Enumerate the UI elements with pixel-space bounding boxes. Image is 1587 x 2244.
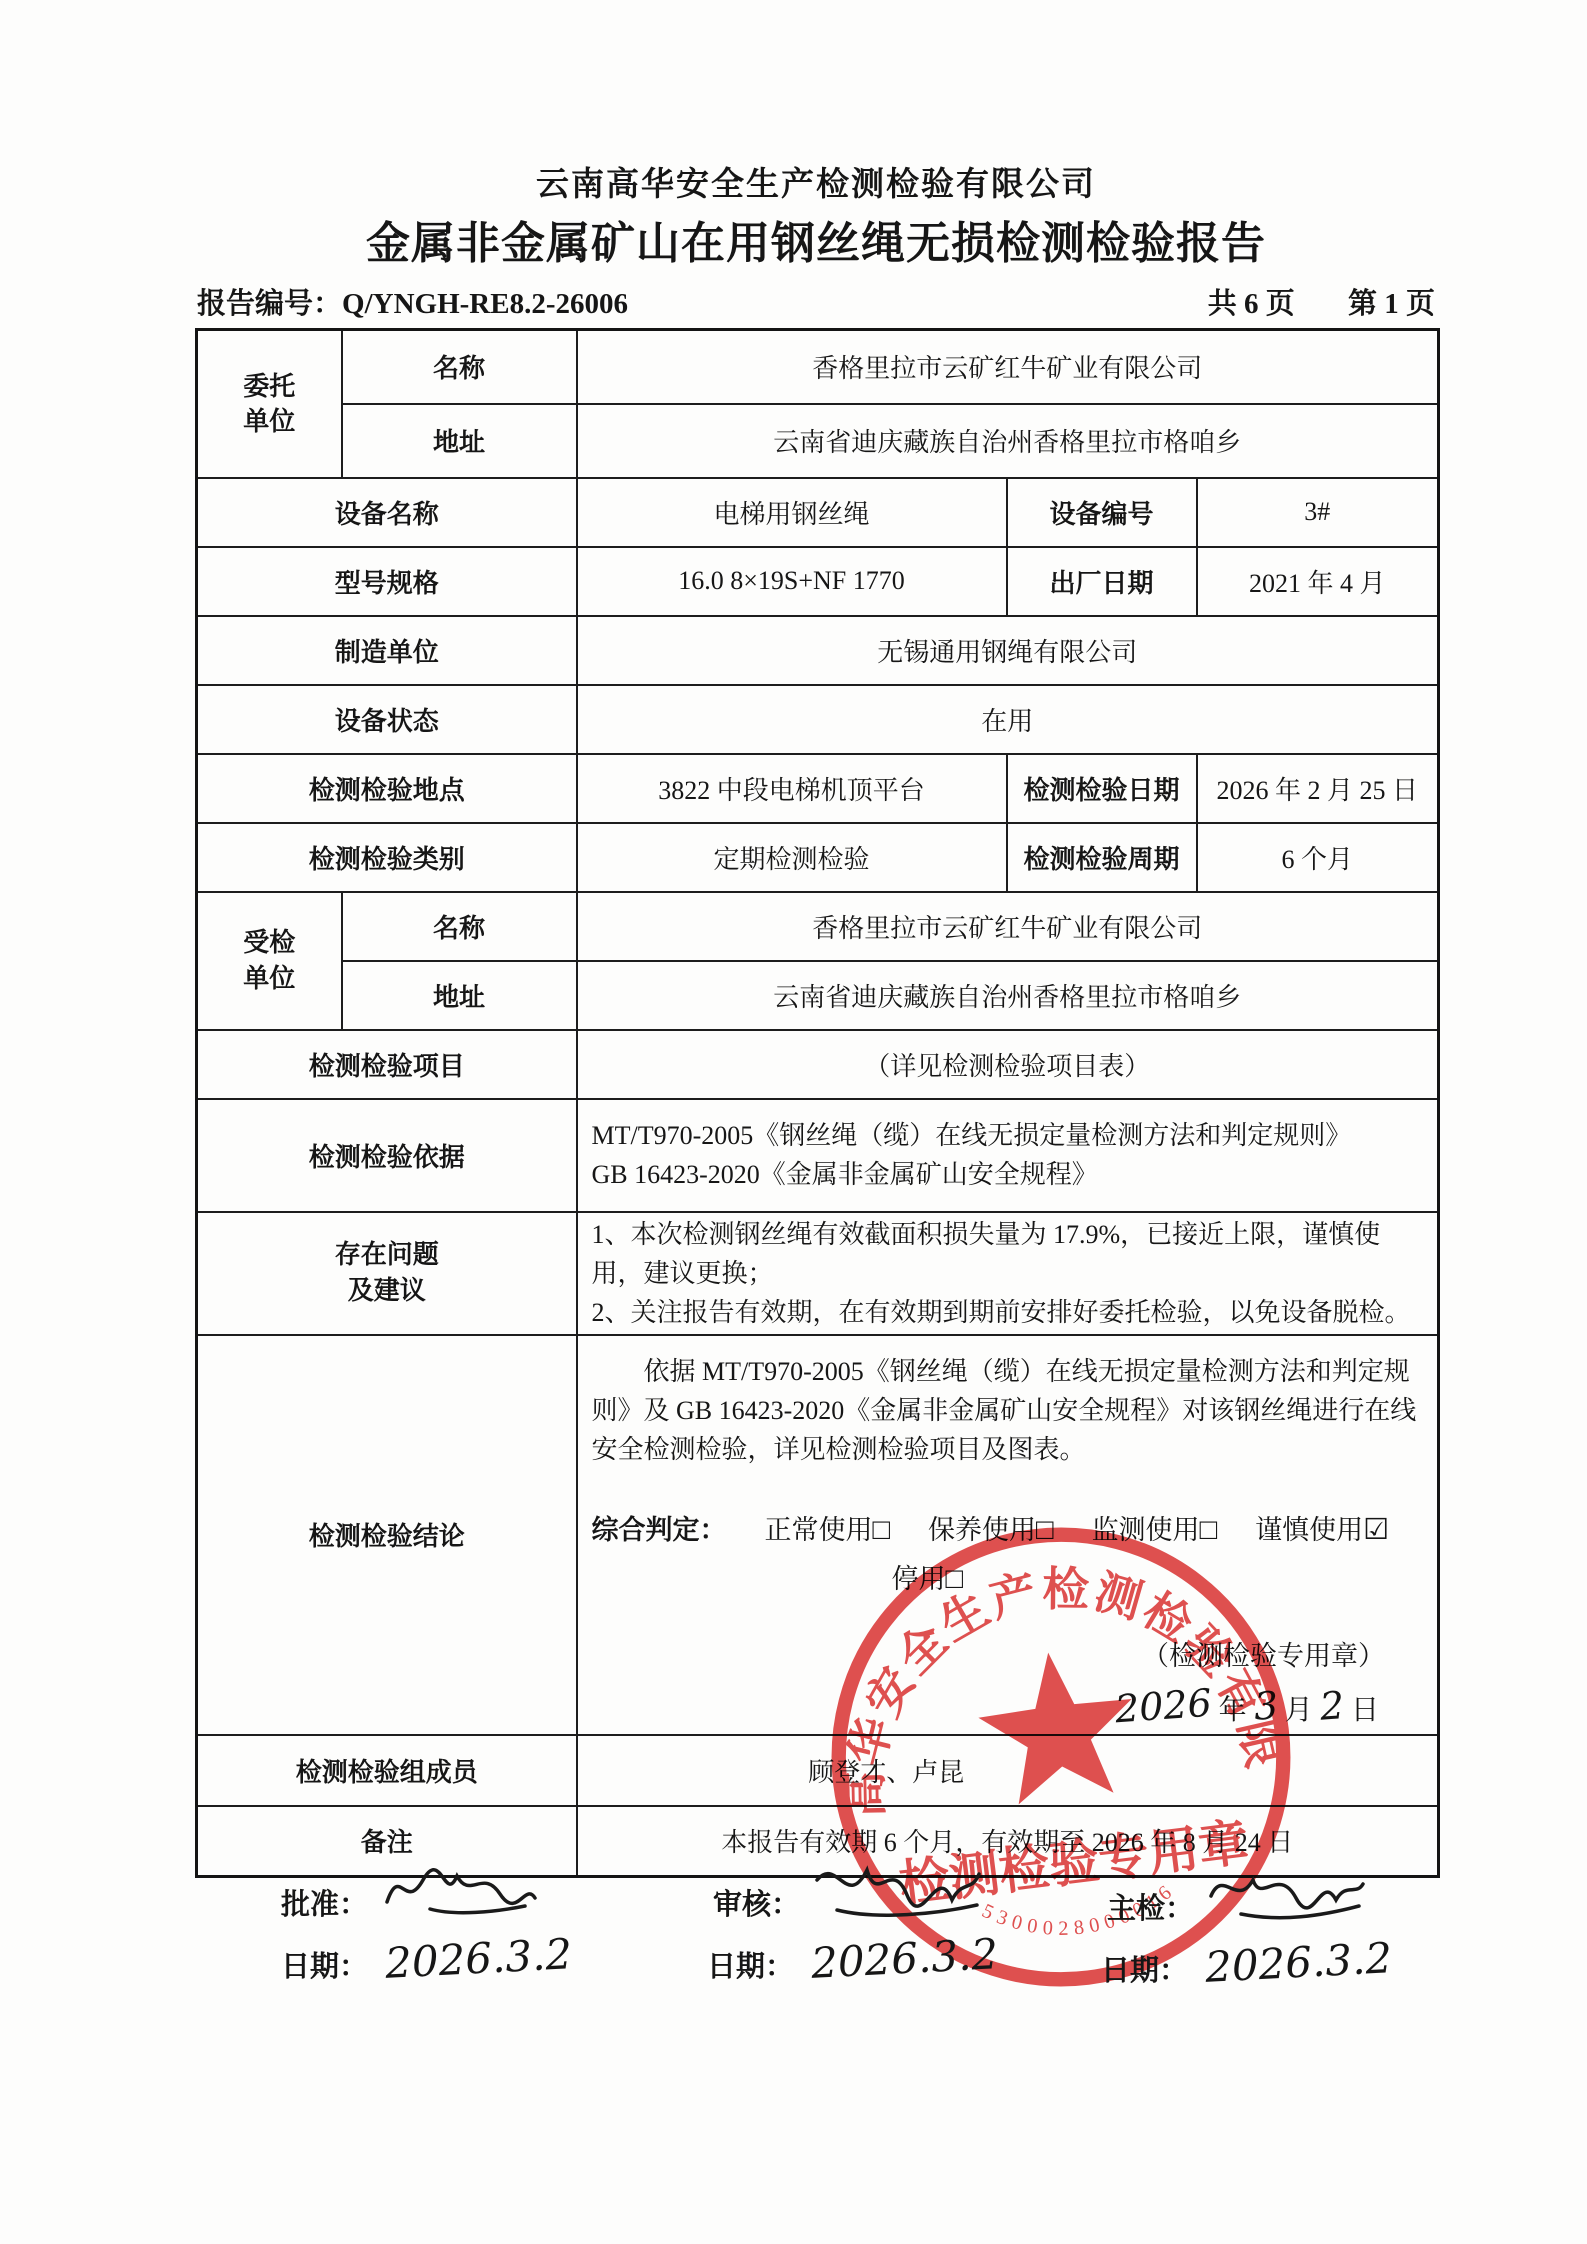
approver-signature [375,1854,545,1929]
insp-date-value: 2026 年 2 月 25 日 [1197,754,1439,823]
insp-cycle-value: 6 个月 [1197,823,1439,892]
table-row: 检测检验项目 （详见检测检验项目表） [197,1030,1439,1099]
problems-value: 1、本次检测钢丝绳有效截面积损失量为 17.9%，已接近上限，谨慎使用，建议更换… [577,1212,1439,1335]
table-row: 地址 云南省迪庆藏族自治州香格里拉市格咱乡 [197,961,1439,1030]
mfg-date-value: 2021 年 4 月 [1197,547,1439,616]
report-number-label: 报告编号： [197,288,342,320]
approve-date: 2026.3.2 [384,1929,573,1988]
pages-total: 共 6 页 [1208,288,1295,320]
table-row: 地址 云南省迪庆藏族自治州香格里拉市格咱乡 [197,404,1439,478]
insp-cycle-label: 检测检验周期 [1007,823,1197,892]
device-no-value: 3# [1197,478,1439,547]
report-page: 云南高华安全生产检测检验有限公司 金属非金属矿山在用钢丝绳无损检测检验报告 报告… [0,0,1587,2244]
device-name-label: 设备名称 [197,478,577,547]
report-number-value: Q/YNGH-RE8.2-26006 [342,288,628,320]
approve-date-label: 日期： [281,1944,368,1985]
inspected-addr-label: 地址 [342,961,577,1030]
table-row: 检测检验地点 3822 中段电梯机顶平台 检测检验日期 2026 年 2 月 2… [197,754,1439,823]
model-label: 型号规格 [197,547,577,616]
basis-line1: MT/T970-2005《钢丝绳（缆）在线无损定量检测方法和判定规则》 [592,1116,1430,1155]
judgement-label: 综合判定： [592,1515,727,1545]
handwritten-day: 2 [1320,1705,1344,1707]
table-row: 设备状态 在用 [197,685,1439,754]
table-row: 存在问题及建议 1、本次检测钢丝绳有效截面积损失量为 17.9%，已接近上限，谨… [197,1212,1439,1335]
table-row: 检测检验类别 定期检测检验 检测检验周期 6 个月 [197,823,1439,892]
report-title: 金属非金属矿山在用钢丝绳无损检测检验报告 [195,207,1437,271]
page-counter: 共 6 页 第 1 页 [1162,281,1435,322]
consignor-addr-label: 地址 [342,404,577,478]
table-row: 设备名称 电梯用钢丝绳 设备编号 3# [197,478,1439,547]
insp-type-value: 定期检测检验 [577,823,1007,892]
report-meta-line: 报告编号：Q/YNGH-RE8.2-26006 共 6 页 第 1 页 [197,281,1435,322]
seal-star-icon [972,1643,1143,1808]
chief-signature [1201,1856,1371,1931]
model-value: 16.0 8×19S+NF 1770 [577,547,1007,616]
signature-block: 批准： 日期： 2026.3.2 审核： 日期： 2026.3.2 主检： 日期… [195,1868,1437,2088]
chief-date-label: 日期： [1101,1948,1188,1989]
inspected-name-value: 香格里拉市云矿红牛矿业有限公司 [577,892,1439,961]
status-value: 在用 [577,685,1439,754]
consignor-name-label: 名称 [342,330,577,404]
table-row: 委托单位 名称 香格里拉市云矿红牛矿业有限公司 [197,330,1439,404]
maker-label: 制造单位 [197,616,577,685]
approve-label: 批准： [281,1882,368,1923]
checkbox-caution-checked: ☑ [1363,1514,1389,1546]
table-row: 制造单位 无锡通用钢绳有限公司 [197,616,1439,685]
place-label: 检测检验地点 [197,754,577,823]
inspected-group-label: 受检单位 [197,892,342,1030]
chief-label: 主检： [1107,1886,1194,1927]
place-value: 3822 中段电梯机顶平台 [577,754,1007,823]
maker-value: 无锡通用钢绳有限公司 [577,616,1439,685]
device-no-label: 设备编号 [1007,478,1197,547]
basis-label: 检测检验依据 [197,1099,577,1212]
problems-item1: 1、本次检测钢丝绳有效截面积损失量为 17.9%，已接近上限，谨慎使用，建议更换… [592,1215,1430,1293]
page-current: 第 1 页 [1348,288,1435,320]
insp-date-label: 检测检验日期 [1007,754,1197,823]
team-label: 检测检验组成员 [197,1735,577,1806]
consignor-addr-value: 云南省迪庆藏族自治州香格里拉市格咱乡 [577,404,1439,478]
table-row: 检测检验依据 MT/T970-2005《钢丝绳（缆）在线无损定量检测方法和判定规… [197,1099,1439,1212]
consignor-group-label: 委托单位 [197,330,342,478]
items-label: 检测检验项目 [197,1030,577,1099]
inspected-addr-value: 云南省迪庆藏族自治州香格里拉市格咱乡 [577,961,1439,1030]
device-name-value: 电梯用钢丝绳 [577,478,1007,547]
company-title: 云南高华安全生产检测检验有限公司 [195,158,1437,205]
report-number: 报告编号：Q/YNGH-RE8.2-26006 [197,281,628,322]
basis-line2: GB 16423-2020《金属非金属矿山安全规程》 [592,1155,1430,1194]
conclusion-paragraph: 依据 MT/T970-2005《钢丝绳（缆）在线无损定量检测方法和判定规则》及 … [592,1352,1420,1469]
chief-date: 2026.3.2 [1204,1933,1393,1992]
table-row: 受检单位 名称 香格里拉市云矿红牛矿业有限公司 [197,892,1439,961]
table-row: 型号规格 16.0 8×19S+NF 1770 出厂日期 2021 年 4 月 [197,547,1439,616]
review-label: 审核： [713,1882,800,1923]
reviewer-signature [807,1850,987,1929]
problems-label: 存在问题及建议 [197,1212,577,1335]
problems-item2: 2、关注报告有效期，在有效期到期前安排好委托检验，以免设备脱检。 [592,1293,1430,1332]
basis-value: MT/T970-2005《钢丝绳（缆）在线无损定量检测方法和判定规则》 GB 1… [577,1099,1439,1212]
consignor-name-value: 香格里拉市云矿红牛矿业有限公司 [577,330,1439,404]
review-date: 2026.3.2 [810,1929,999,1988]
inspected-name-label: 名称 [342,892,577,961]
items-value: （详见检测检验项目表） [577,1030,1439,1099]
conclusion-label: 检测检验结论 [197,1335,577,1736]
status-label: 设备状态 [197,685,577,754]
insp-type-label: 检测检验类别 [197,823,577,892]
mfg-date-label: 出厂日期 [1007,547,1197,616]
review-date-label: 日期： [707,1944,794,1985]
